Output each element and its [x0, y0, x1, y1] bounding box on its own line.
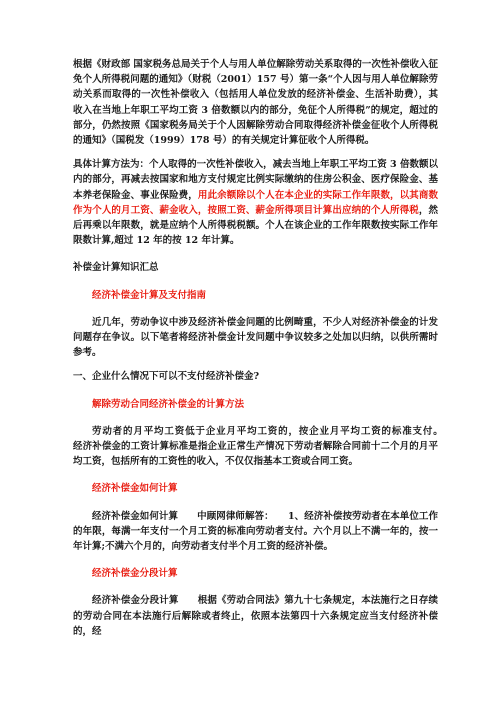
paragraph-recent-years: 近几年，劳动争议中涉及经济补偿金问题的比例畸重，不少人对经济补偿金的计发问题存在…: [73, 315, 438, 361]
heading-segment-calculation: 经济补偿金分段计算: [73, 566, 438, 581]
document-page: 根据《财政部 国家税务总局关于个人与用人单位解除劳动关系取得的一次性补偿收入征免…: [0, 0, 496, 702]
paragraph-average-wage-standard: 劳动者的月平均工资低于企业月平均工资的，按企业月平均工资的标准支付。 经济补偿金…: [73, 424, 438, 470]
paragraph-segment-calculation: 经济补偿金分段计算 根据《劳动合同法》第九十七条规定，本法施行之日存续的劳动合同…: [73, 593, 438, 639]
heading-compensation-guide: 经济补偿金计算及支付指南: [73, 288, 438, 303]
line-question-no-compensation: 一、企业什么情况下可以不支付经济补偿金?: [73, 369, 438, 384]
heading-how-to-calculate: 经济补偿金如何计算: [73, 481, 438, 496]
heading-termination-calculation-method: 解除劳动合同经济补偿金的计算方法: [73, 397, 438, 412]
paragraph-lawyer-answer: 经济补偿金如何计算 中顾网律师解答： 1、经济补偿按劳动者在本单位工作的年限，每…: [73, 509, 438, 555]
section-title-knowledge-summary: 补偿金计算知识汇总: [73, 260, 438, 275]
paragraph-tax-notice: 根据《财政部 国家税务总局关于个人与用人单位解除劳动关系取得的一次性补偿收入征免…: [73, 57, 438, 148]
paragraph-calculation-method: 具体计算方法为：个人取得的一次性补偿收入，减去当地上年职工平均工资 3 倍数额以…: [73, 157, 438, 248]
